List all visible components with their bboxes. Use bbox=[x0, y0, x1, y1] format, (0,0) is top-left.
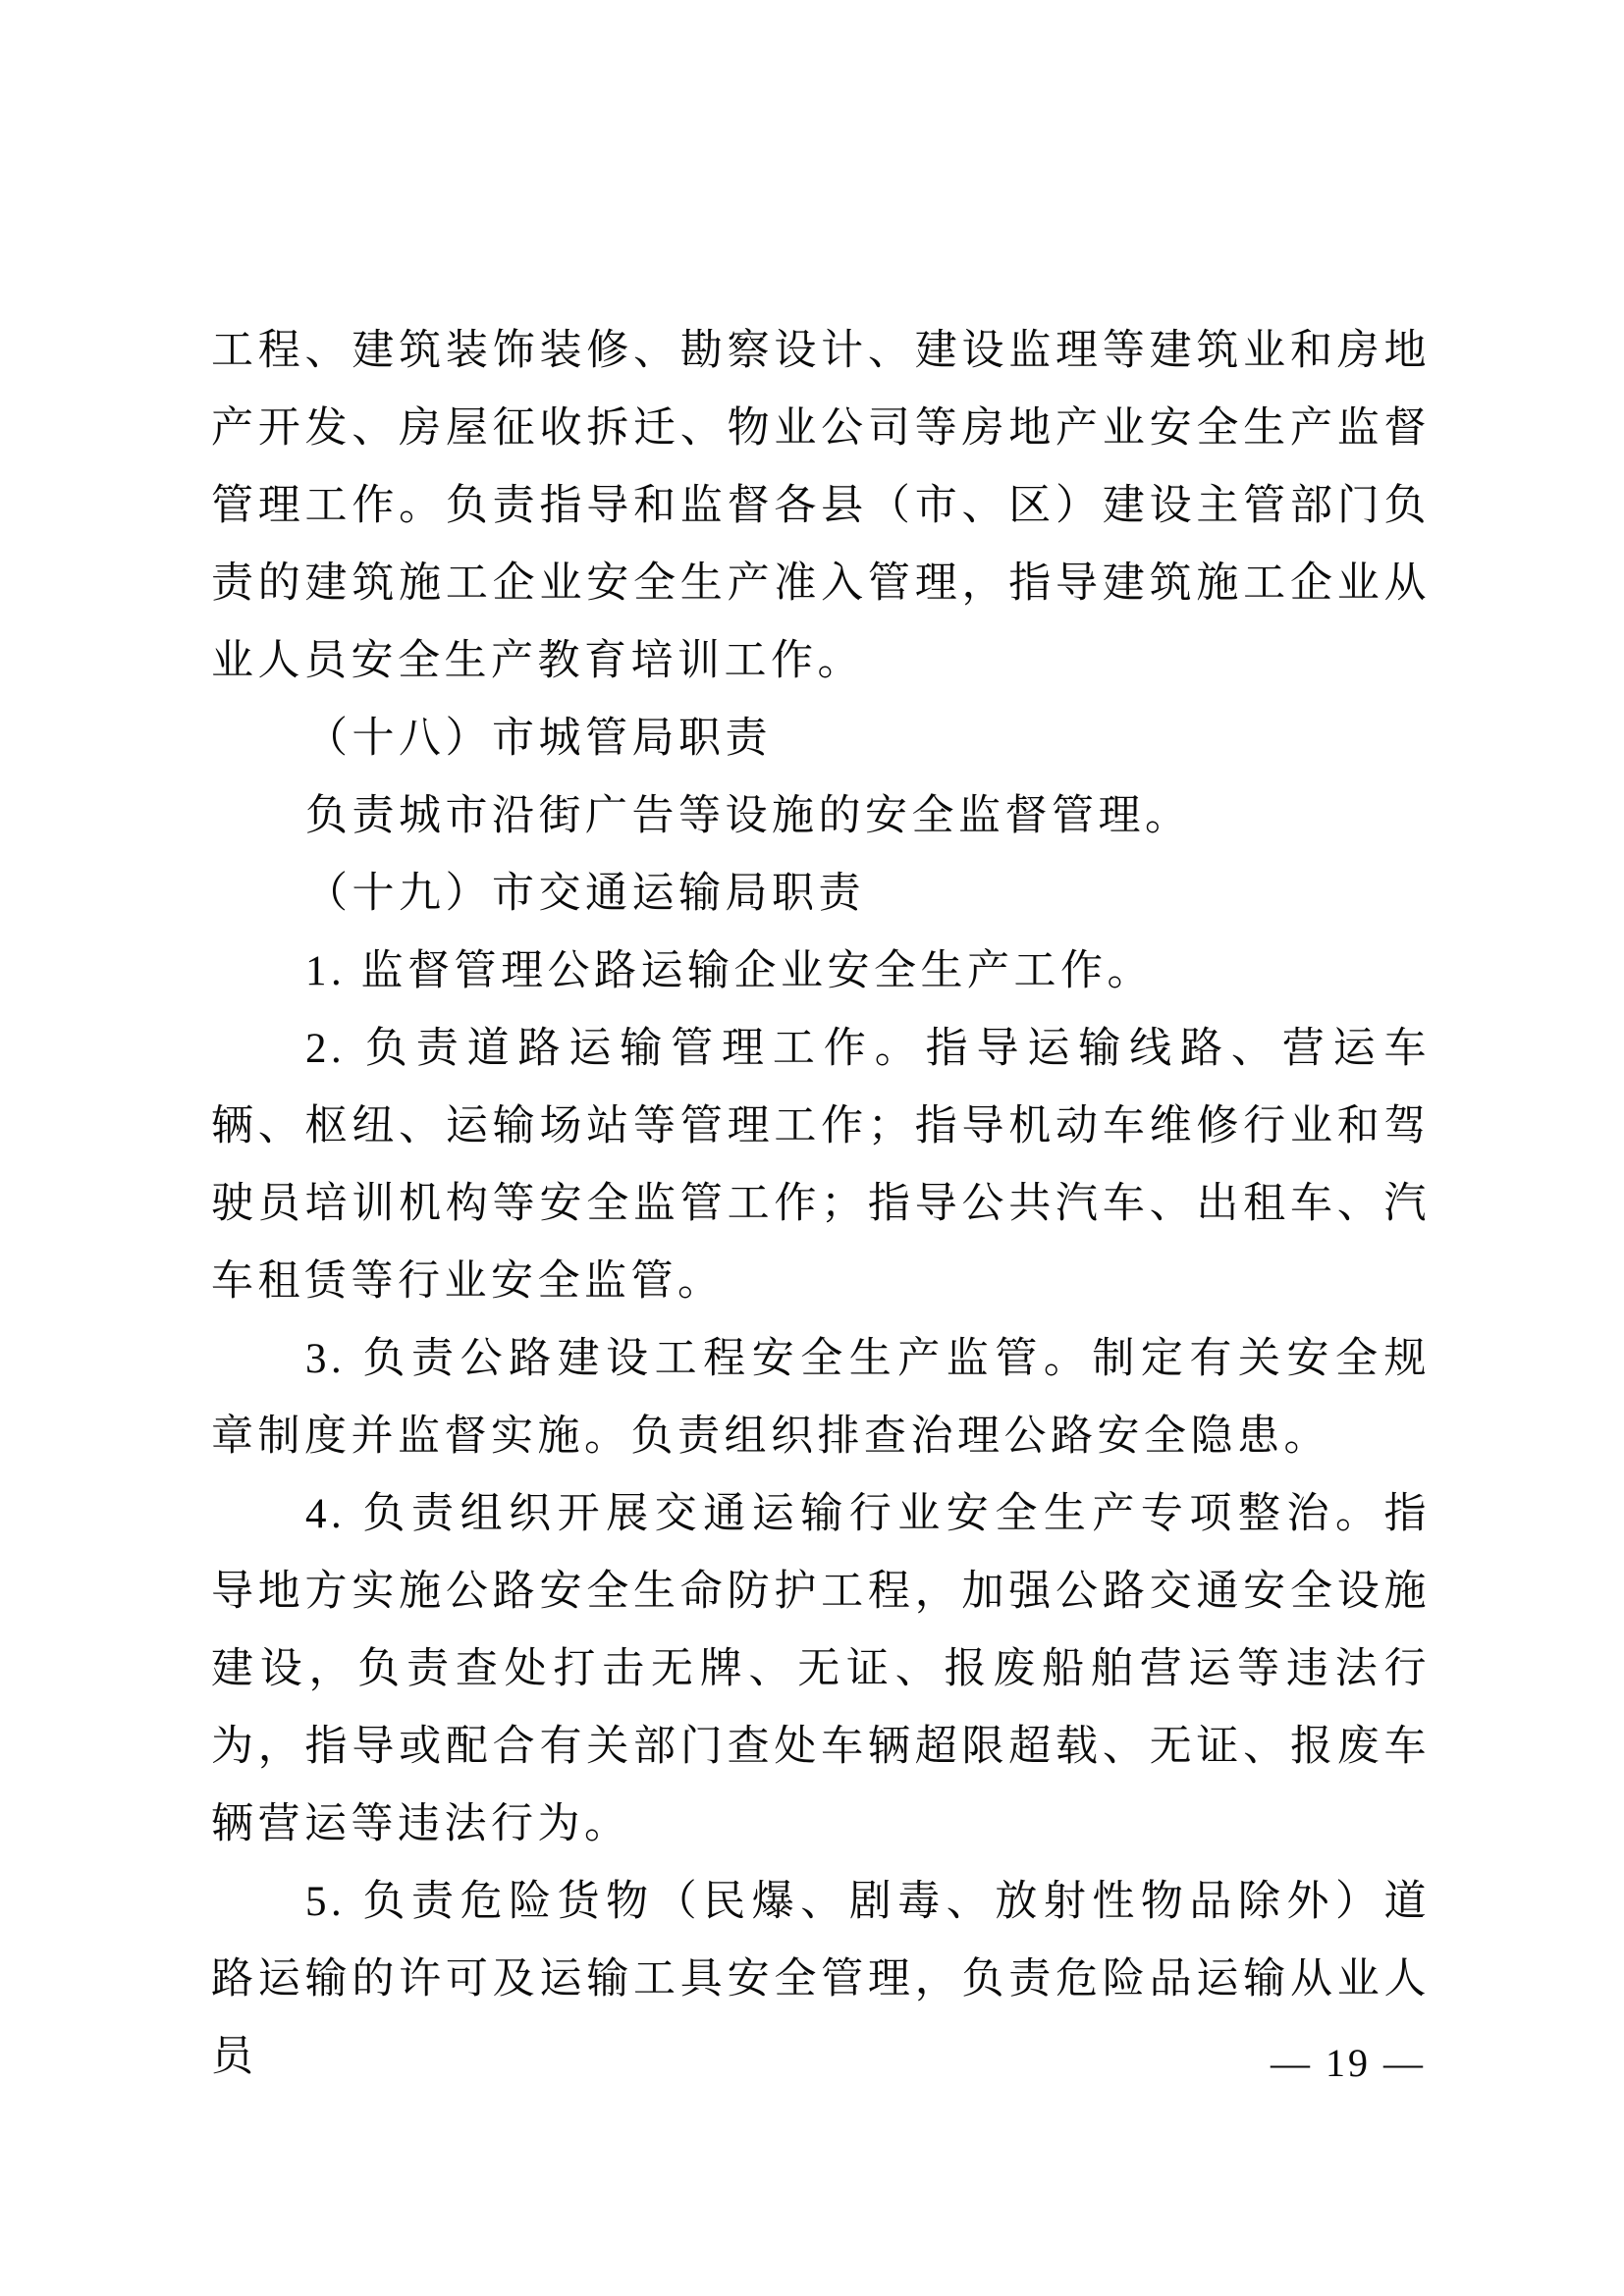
paragraph: 2. 负责道路运输管理工作。指导运输线路、营运车辆、枢纽、运输场站等管理工作；指… bbox=[211, 1010, 1431, 1320]
section-heading: （十八）市城管局职责 bbox=[211, 700, 1431, 777]
paragraph: 4. 负责组织开展交通运输行业安全生产专项整治。指导地方实施公路安全生命防护工程… bbox=[211, 1475, 1431, 1863]
paragraph: 负责城市沿街广告等设施的安全监督管理。 bbox=[211, 777, 1431, 855]
document-page: 工程、建筑装饰装修、勘察设计、建设监理等建筑业和房地产开发、房屋征收拆迁、物业公… bbox=[0, 0, 1624, 2296]
section-heading: （十九）市交通运输局职责 bbox=[211, 855, 1431, 933]
page-footer: — 19 — bbox=[1271, 2042, 1426, 2085]
paragraph: 1. 监督管理公路运输企业安全生产工作。 bbox=[211, 933, 1431, 1010]
paragraph: 5. 负责危险货物（民爆、剧毒、放射性物品除外）道路运输的许可及运输工具安全管理… bbox=[211, 1863, 1431, 2096]
paragraph: 工程、建筑装饰装修、勘察设计、建设监理等建筑业和房地产开发、房屋征收拆迁、物业公… bbox=[211, 312, 1431, 700]
page-number: — 19 — bbox=[1271, 2041, 1426, 2085]
paragraph: 3. 负责公路建设工程安全生产监管。制定有关安全规章制度并监督实施。负责组织排查… bbox=[211, 1320, 1431, 1475]
document-body: 工程、建筑装饰装修、勘察设计、建设监理等建筑业和房地产开发、房屋征收拆迁、物业公… bbox=[211, 312, 1431, 2096]
